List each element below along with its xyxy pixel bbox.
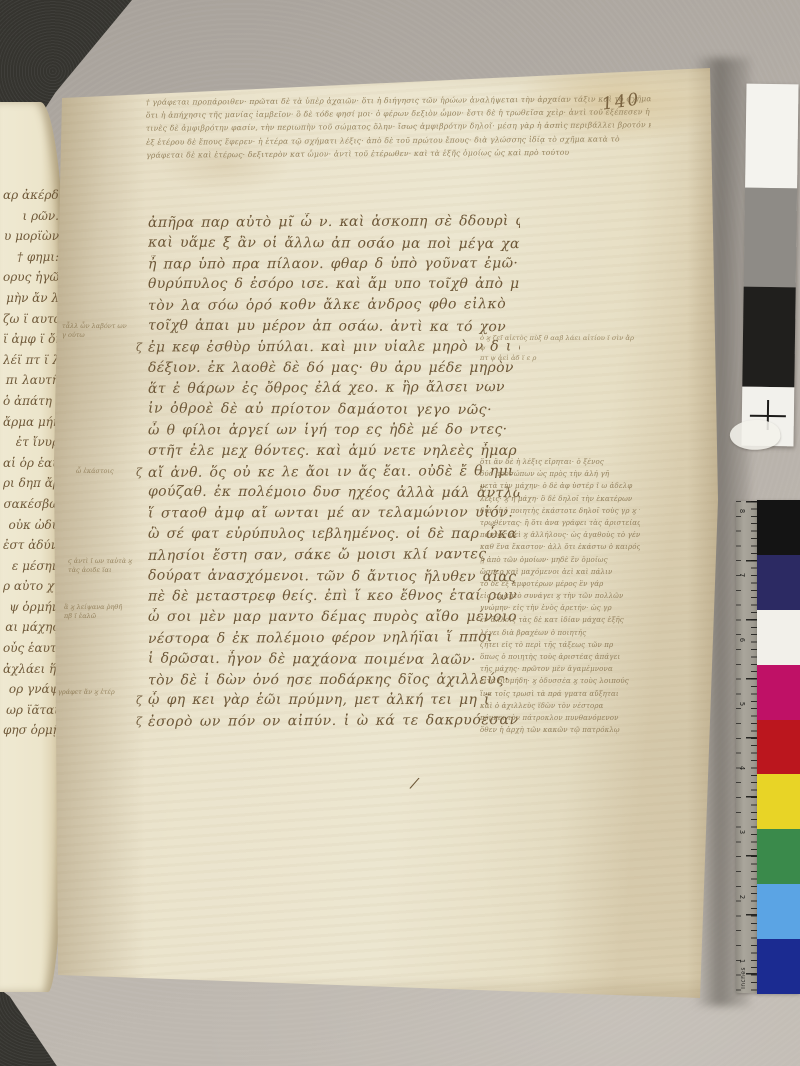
facing-page-line: ἐτ ἴνυρ	[3, 435, 59, 456]
ruler-numbers: 87654321	[740, 507, 744, 965]
right-scholia-line: διὰ τί ὁ ποιητὴς ἑκάστοτε δηλοῖ τοὺς γρ …	[480, 507, 640, 519]
main-text-block: ἀπῆρα παρ αὐτὸ μῖ ὧ ν. καὶ ἀσκοπη σὲ δδο…	[148, 213, 520, 733]
right-scholia-line: καὶ ὁ ἀχιλλεὺς ϊδὼν τὸν νέστορα	[480, 702, 640, 714]
facing-page-line: φησ ὁρμῇ	[3, 723, 59, 744]
main-text-line: ὦ σοι μὲν μαρ μαντο δέμας πυρὸς αἴθο μέν…	[148, 608, 520, 629]
grayscale-calibration-bar	[741, 84, 798, 447]
main-text-line: θυρύπυλος δ ἐσόρο ισε. καὶ ἄμ υπο τοῖχθ …	[148, 275, 520, 296]
facing-page-line: αρ ἀκέρδε	[3, 188, 59, 209]
ruler-number: 6	[738, 637, 746, 641]
right-scholia-line: ζήτει εἰς τὸ περὶ τῆς τάξεως τῶν πρ	[480, 641, 640, 653]
inch-ruler: 87654321 Inches	[736, 501, 758, 993]
facing-page-line: ἄρμα μήν	[3, 415, 59, 436]
grayscale-patch	[742, 287, 795, 388]
right-scholia-line: μετὰ τὴν μάχην· ὁ δὲ ἀφ ὑστέρ ϊ ω ἀδελφ	[480, 482, 640, 494]
ruler-unit-label: Inches	[741, 967, 747, 989]
facing-page-line: μὴν ἄν λ	[3, 291, 59, 312]
color-patch	[757, 884, 800, 939]
main-text-line: ὣ σέ φατ εὐρύπυλος ιεβλημένος. οἱ δὲ παρ…	[148, 525, 520, 546]
color-patch	[757, 610, 800, 665]
right-scholia-line: λέξις· ϗ ἡ μάχη· ὃ δὲ δηλοῖ τὴν ἑκατέρων	[480, 495, 640, 507]
main-text-line: ἰν ὀθροὲ δὲ αὐ πρίοτον δαμάοτοι γεγο νῶς…	[148, 400, 520, 422]
main-text-line: ἀπῆρα παρ αὐτὸ μῖ ὧ ν. καὶ ἀσκοπη σὲ δδο…	[148, 212, 520, 235]
main-text-line: ἐμ κεφ ἐσθὺρ ὑπύλαι. καὶ μιν υἱαλε μηρὸ …	[148, 337, 520, 359]
right-scholia-line: ὅπως ὁ ποιητὴς τοὺς ἀριστέας ἀπάγει	[480, 653, 640, 665]
main-text-line: ἐσορὸ ων πόν ον αἰπύν. ἰ ὼ κά τε δακρυόε…	[148, 711, 520, 734]
top-scholia-line: γράφεται δὲ καὶ ἑτέρως· δεξιτερὸν κατ ὦμ…	[146, 147, 651, 164]
top-scholia-block: † γράφεται προπάροιθεν· πρῶται δὲ τὰ ὑπὲ…	[146, 94, 651, 163]
right-scholia-line: ἐν ἄλλοις τὰς δὲ κατ ἰδίαν μάχας ἑξῆς	[480, 616, 640, 628]
facing-page-line: ορ γνάψ	[3, 682, 59, 703]
color-patch	[757, 774, 800, 829]
main-text-line: στῆτ ἐλε μεχ θόντες. καὶ ἀμύ νετε νηλεὲς…	[148, 442, 520, 463]
paragraph-mark: ζ	[136, 694, 142, 707]
right-scholia-block: ὅτι ἂν δὲ ἡ λέξις εἴρηται· ὁ ξένοςδύο πρ…	[480, 458, 640, 738]
color-patch	[757, 665, 800, 720]
right-scholia-line: καθ ἕνα ἕκαστον· ἀλλ ὅτι ἑκάστω ὁ καιρός	[480, 543, 640, 555]
facing-page-line: ε μέσην	[3, 559, 59, 580]
facing-page-line: σακέσβω	[3, 497, 59, 518]
left-margin-note-4: ἃ ϗ λείψανα ῥηθῆ πβ ϊ ἑαλῶ	[64, 603, 142, 621]
facing-page-line: ἐστ ἀδύνα	[3, 538, 59, 559]
grayscale-patch	[744, 188, 797, 288]
facing-page-line: ἀχλάει ἥν	[3, 662, 59, 683]
main-text-line: τὸν δὲ ἰ δὼν ὁνό ησε ποδάρκης δῖος ἀχιλλ…	[148, 670, 520, 692]
right-scholia-line: δύο προσώπων ὡς πρὸς τὴν ἀλή γῆ	[480, 470, 640, 482]
main-text-line: δέξιον. ἐκ λαοθὲ δὲ δό μας· θυ ἀρυ μέδε …	[148, 359, 520, 380]
facing-page-line: λέϊ πτ ϊ λώ	[3, 353, 59, 374]
facing-page-line: οὐκ ὠδύ	[3, 518, 59, 539]
right-scholia-line: εἰς τὸ αὐτὸ συνάγει ϗ τὴν τῶν πολλῶν	[480, 592, 640, 604]
facing-page-line-endings: αρ ἀκέρδει ρῶν.υ μορϊὼν† φημι:ορυς ἡγῶμὴ…	[3, 188, 59, 744]
right-scholia-line: ὅθεν ἡ ἀρχὴ τῶν κακῶν τῷ πατρόκλῳ	[480, 726, 640, 738]
main-text-line: καὶ υἅμε ξ ἂν οἱ ἄλλω ἀπ οσάο μα ποὶ μέγ…	[148, 233, 520, 255]
manuscript-page: † γράφεται προπάροιθεν· πρῶται δὲ τὰ ὑπὲ…	[50, 60, 725, 1010]
facing-page-line: αἱ ὁρ ἑαυ	[3, 456, 59, 477]
right-scholia-line: λέγει διὰ βραχέων ὁ ποιητής	[480, 629, 640, 641]
ruler-number: 7	[738, 573, 746, 577]
color-calibration-bar	[757, 500, 800, 994]
ruler-number: 4	[738, 766, 746, 770]
main-text-line: αἴ ἀνθ. ὅς οὐ κε λε ἄοι ιν ἄς ἔαι. οὐδὲ …	[148, 462, 520, 485]
right-scholia-line: πέμπει τὸν πάτροκλον πυνθανόμενον	[480, 714, 640, 726]
main-text-line: πλησίοι ἔστη σαν, σάκε ὤ μοισι κλί ναντε…	[148, 545, 520, 568]
ruler-number: 5	[738, 702, 746, 706]
right-scholia-line: τῆς μάχης· πρῶτον μὲν ἀγαμέμνονα	[480, 665, 640, 677]
right-scholia-line: ὥσπερ καὶ μαχόμενοι ἀεὶ καὶ πάλιν	[480, 568, 640, 580]
main-text-line: ᾧ φη κει γὰρ ἑῶι πρύμνη, μετ ἀλκή τει μη…	[148, 691, 520, 712]
facing-page-line: υ μορϊὼν	[3, 229, 59, 250]
main-text-line: ὦ θ φίλοι ἀργεί ων ἱγή τορ ες ἠδὲ μέ δο …	[148, 420, 520, 442]
main-text-line: δούρατ ἀνασχόμενοι. τῶν δ ἄντιος ἤλυθεν …	[148, 566, 520, 588]
main-text-line: ἦ παρ ὑπὸ πρα πίλαον. φθαρ δ ὑπὸ γοῦνατ …	[148, 254, 520, 276]
main-text-line: τοῖχθ ἀπαι μυ μέρον ἀπ οσάω. ἀντὶ κα τό …	[148, 317, 520, 339]
main-text-line: νέστορα δ ἐκ πολέμοιο φέρον νηλήϊαι ἵ ππ…	[148, 628, 520, 651]
main-text-line: ἵ σταοθ ἀμφ αἴ ωνται μέ αν τελαμώνιον υἱ…	[148, 504, 520, 526]
left-margin-note-1: τἆλλ ὧν λαβόντ ων γ ούτω	[62, 322, 140, 340]
left-margin-note-3: ϛ ἀντὶ ϊ ων ταὐτὰ ϗ τὰς ἀοιδε ϊαι	[68, 557, 146, 575]
main-text-line: πὲ δὲ μεταστρεφ θείς. ἐπὶ ἵ κεο ἔθνος ἑτ…	[148, 587, 520, 609]
grayscale-patch	[745, 84, 798, 189]
right-scholia-line: πάντας ἀεὶ ϗ ἀλλήλους· ὡς ἀγαθοὺς τὸ γέν…	[480, 531, 640, 543]
facing-page-line: ρι δηπ ἄρη	[3, 476, 59, 497]
main-text-line: ἱ δρῶσαι. ἦγον δὲ μαχάονα ποιμένα λαῶν·	[148, 649, 520, 671]
ruler-number: 2	[738, 895, 746, 899]
main-text-line: ἅτ ἐ θάρων ἐς ὄθρος ἐλά χεο. κ ἢρ ἄλσει …	[148, 378, 520, 401]
facing-page-line: † φημι:	[3, 250, 59, 271]
left-margin-note-5: γράφετ ἄν ϗ ἑτέρ	[58, 688, 136, 697]
color-patch	[757, 939, 800, 994]
color-patch	[757, 720, 800, 775]
facing-page-line: ψ ὁρμήν	[3, 600, 59, 621]
manuscript-photo: αρ ἀκέρδει ρῶν.υ μορϊὼν† φημι:ορυς ἡγῶμὴ…	[0, 0, 800, 1066]
left-margin-note-2: ὦ ἑκάστοις	[76, 467, 154, 476]
facing-page-line: πι λαυτῆ	[3, 373, 59, 394]
color-patch	[757, 500, 800, 555]
facing-page-line: ϊ ἀμφ ϊ ὄν	[3, 332, 59, 353]
facing-page-line: ζω ϊ αυτῶ	[3, 312, 59, 333]
facing-page-line: ωρ ϊᾶται	[3, 703, 59, 724]
right-scholia-line: ᾗ ἀπὸ τῶν ὁμοίων· μηδὲ ἓν ὁμοίως	[480, 556, 640, 568]
right-scholia-line: τὸ δὲ ἐξ ἀμφοτέρων μέρος ἓν γάρ	[480, 580, 640, 592]
right-margin-note: ὁ ϗ ζεῖ αἰετὸς πὺξ θ ααβ λάει αἰτίου ϊ σ…	[480, 333, 640, 363]
paragraph-mark: ζ	[136, 341, 142, 354]
right-scholia-line: τρωθέντας· ἢ ὅτι ἀνα γράφει τὰς ἀριστεία…	[480, 519, 640, 531]
ruler-number: 1	[738, 959, 746, 963]
quire-slash-mark: ∕	[410, 774, 419, 793]
main-text-line: τὸν λα σόω ὁρό κοθν ἄλκε ἀνδρος φθο εἰλκ…	[148, 295, 520, 318]
right-scholia-line: ἵνα τοῖς τρωσὶ τὰ πρά γματα αὔξηται	[480, 690, 640, 702]
facing-page-line: οὖς ἑαυτῶ	[3, 641, 59, 662]
ruler-number: 3	[738, 830, 746, 834]
ruler-number: 8	[738, 509, 746, 513]
paragraph-mark: ζ	[136, 715, 142, 728]
right-scholia-line: ὅτι ἂν δὲ ἡ λέξις εἴρηται· ὁ ξένος	[480, 458, 640, 470]
facing-page-line: ὁ ἀπάτη δ	[3, 394, 59, 415]
facing-page-line: αι μάχης	[3, 620, 59, 641]
color-patch	[757, 555, 800, 610]
right-scholia-line: γνώμην· εἰς τὴν ἑνὸς ἀρετήν· ὡς γρ	[480, 604, 640, 616]
facing-page-line: ι ρῶν.	[3, 209, 59, 230]
color-patch	[757, 829, 800, 884]
main-text-line: φούζαθ. ἐκ πολέμοιο δυσ ηχέος ἀλλὰ μάλ ἄ…	[148, 483, 520, 505]
right-scholia-line: εἶτα διομήδη· ϗ ὀδυσσέα ϗ τοὺς λοιπούς	[480, 677, 640, 689]
facing-page-line: ρ αὐτο χήν	[3, 579, 59, 600]
facing-page-line: ορυς ἡγῶ	[3, 270, 59, 291]
